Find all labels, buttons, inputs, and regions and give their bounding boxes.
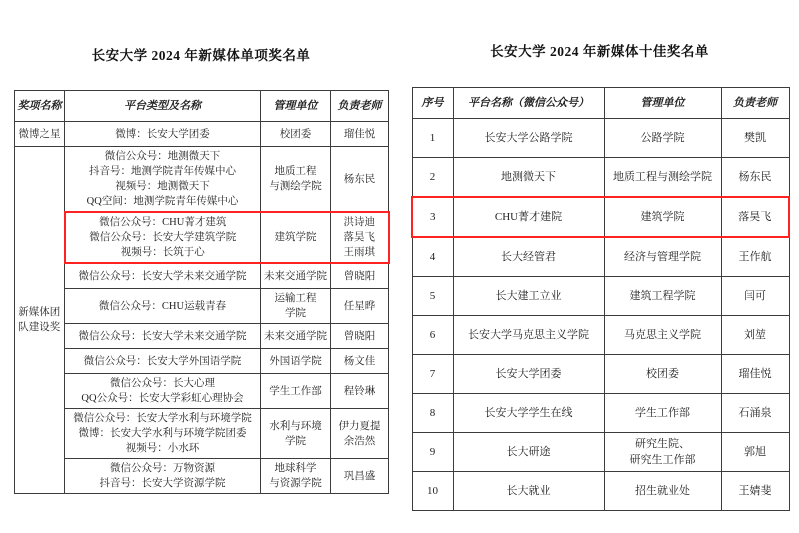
column-header-no: 序号 <box>412 88 453 119</box>
cell-unit: 运输工程 学院 <box>261 289 331 324</box>
cell-award-name: 新媒体团队建设奖 <box>15 147 65 494</box>
cell-teacher: 巩昌盛 <box>331 459 389 494</box>
cell-teacher: 杨文佳 <box>331 349 389 374</box>
table-header-row: 奖项名称 平台类型及名称 管理单位 负责老师 <box>15 91 389 122</box>
cell-row-number: 6 <box>412 316 453 355</box>
cell-teacher: 伊力夏提 余浩然 <box>331 409 389 459</box>
column-header-unit: 管理单位 <box>604 88 721 119</box>
table-row: 微信公众号：长安大学未来交通学院未来交通学院曾晓阳 <box>15 324 389 349</box>
cell-row-number: 9 <box>412 433 453 472</box>
cell-unit: 地质工程与测绘学院 <box>604 158 721 198</box>
table-header-row: 序号 平台名称（微信公众号） 管理单位 负责老师 <box>412 88 789 119</box>
column-header-platform: 平台名称（微信公众号） <box>453 88 604 119</box>
cell-teacher: 郭旭 <box>721 433 789 472</box>
table-row: 10长大就业招生就业处王婧斐 <box>412 472 789 511</box>
column-header-award: 奖项名称 <box>15 91 65 122</box>
cell-unit: 招生就业处 <box>604 472 721 511</box>
cell-unit: 建筑工程学院 <box>604 277 721 316</box>
table-row: 7长安大学团委校团委瑠佳悦 <box>412 355 789 394</box>
cell-platform: 微信公众号：地测微天下 抖音号：地测学院青年传媒中心 视频号：地测微天下 QQ空… <box>65 147 261 213</box>
cell-row-number: 7 <box>412 355 453 394</box>
cell-platform: 微博：长安大学团委 <box>65 122 261 147</box>
cell-platform: 长安大学团委 <box>453 355 604 394</box>
cell-unit: 建筑学院 <box>604 197 721 237</box>
right-page-title: 长安大学 2024 年新媒体十佳奖名单 <box>411 40 788 60</box>
table-row: 6长安大学马克思主义学院马克思主义学院刘堃 <box>412 316 789 355</box>
cell-unit: 公路学院 <box>604 119 721 158</box>
cell-teacher: 任星晔 <box>331 289 389 324</box>
top-ten-award-table: 序号 平台名称（微信公众号） 管理单位 负责老师 1长安大学公路学院公路学院樊凯… <box>411 87 790 511</box>
cell-unit: 经济与管理学院 <box>604 237 721 277</box>
cell-platform: 长大就业 <box>453 472 604 511</box>
cell-platform: 长大建工立业 <box>453 277 604 316</box>
cell-platform: 微信公众号：长安大学未来交通学院 <box>65 263 261 289</box>
cell-row-number: 10 <box>412 472 453 511</box>
table-row: 3CHU菁才建院建筑学院落昊飞 <box>412 197 789 237</box>
table-row: 8长安大学学生在线学生工作部石涌泉 <box>412 394 789 433</box>
table-row: 微博之星微博：长安大学团委校团委瑠佳悦 <box>15 122 389 147</box>
column-header-teacher: 负责老师 <box>721 88 789 119</box>
cell-teacher: 洪诗迪 落昊飞 王雨琪 <box>331 212 389 263</box>
cell-row-number: 3 <box>412 197 453 237</box>
cell-platform: 微信公众号：CHU菁才建筑 微信公众号：长安大学建筑学院 视频号：长筑于心 <box>65 212 261 263</box>
table-row: 微信公众号：长安大学未来交通学院未来交通学院曾晓阳 <box>15 263 389 289</box>
left-page-title: 长安大学 2024 年新媒体单项奖名单 <box>14 44 388 64</box>
cell-unit: 地球科学 与资源学院 <box>261 459 331 494</box>
column-header-platform: 平台类型及名称 <box>65 91 261 122</box>
table-row: 2地测微天下地质工程与测绘学院杨东民 <box>412 158 789 198</box>
cell-unit: 学生工作部 <box>261 374 331 409</box>
cell-award-name: 微博之星 <box>15 122 65 147</box>
cell-platform: 微信公众号：长大心理 QQ公众号：长安大学彩虹心理协会 <box>65 374 261 409</box>
table-row: 微信公众号：万物资源 抖音号：长安大学资源学院地球科学 与资源学院巩昌盛 <box>15 459 389 494</box>
cell-unit: 建筑学院 <box>261 212 331 263</box>
cell-platform: 微信公众号：长安大学未来交通学院 <box>65 324 261 349</box>
cell-unit: 研究生院、 研究生工作部 <box>604 433 721 472</box>
single-award-table: 奖项名称 平台类型及名称 管理单位 负责老师 微博之星微博：长安大学团委校团委瑠… <box>14 90 390 494</box>
column-header-unit: 管理单位 <box>261 91 331 122</box>
cell-platform: 微信公众号：CHU运载青春 <box>65 289 261 324</box>
table-row: 微信公众号：长大心理 QQ公众号：长安大学彩虹心理协会学生工作部程铃琳 <box>15 374 389 409</box>
cell-teacher: 瑠佳悦 <box>331 122 389 147</box>
cell-teacher: 刘堃 <box>721 316 789 355</box>
table-row: 微信公众号：CHU菁才建筑 微信公众号：长安大学建筑学院 视频号：长筑于心建筑学… <box>15 212 389 263</box>
cell-platform: 长大经管君 <box>453 237 604 277</box>
cell-unit: 马克思主义学院 <box>604 316 721 355</box>
table-row: 新媒体团队建设奖微信公众号：地测微天下 抖音号：地测学院青年传媒中心 视频号：地… <box>15 147 389 213</box>
table-row: 9长大研途研究生院、 研究生工作部郭旭 <box>412 433 789 472</box>
table-row: 微信公众号：CHU运载青春运输工程 学院任星晔 <box>15 289 389 324</box>
cell-teacher: 曾晓阳 <box>331 263 389 289</box>
cell-teacher: 落昊飞 <box>721 197 789 237</box>
cell-teacher: 瑠佳悦 <box>721 355 789 394</box>
cell-teacher: 程铃琳 <box>331 374 389 409</box>
cell-platform: 长安大学学生在线 <box>453 394 604 433</box>
cell-platform: 长大研途 <box>453 433 604 472</box>
cell-row-number: 4 <box>412 237 453 277</box>
left-award-page: 长安大学 2024 年新媒体单项奖名单 奖项名称 平台类型及名称 管理单位 负责… <box>14 44 388 494</box>
cell-platform: 微信公众号：长安大学外国语学院 <box>65 349 261 374</box>
cell-teacher: 王婧斐 <box>721 472 789 511</box>
cell-unit: 地质工程 与测绘学院 <box>261 147 331 213</box>
cell-teacher: 樊凯 <box>721 119 789 158</box>
cell-unit: 未来交通学院 <box>261 263 331 289</box>
cell-unit: 学生工作部 <box>604 394 721 433</box>
table-row: 5长大建工立业建筑工程学院闫可 <box>412 277 789 316</box>
cell-platform: CHU菁才建院 <box>453 197 604 237</box>
cell-unit: 水利与环境 学院 <box>261 409 331 459</box>
table-row: 1长安大学公路学院公路学院樊凯 <box>412 119 789 158</box>
cell-row-number: 8 <box>412 394 453 433</box>
table-row: 4长大经管君经济与管理学院王作航 <box>412 237 789 277</box>
table-row: 微信公众号：长安大学外国语学院外国语学院杨文佳 <box>15 349 389 374</box>
cell-unit: 外国语学院 <box>261 349 331 374</box>
cell-unit: 未来交通学院 <box>261 324 331 349</box>
cell-platform: 地测微天下 <box>453 158 604 198</box>
cell-teacher: 王作航 <box>721 237 789 277</box>
right-award-page: 长安大学 2024 年新媒体十佳奖名单 序号 平台名称（微信公众号） 管理单位 … <box>411 40 788 511</box>
cell-platform: 微信公众号：万物资源 抖音号：长安大学资源学院 <box>65 459 261 494</box>
cell-teacher: 杨东民 <box>331 147 389 213</box>
cell-row-number: 5 <box>412 277 453 316</box>
cell-row-number: 1 <box>412 119 453 158</box>
cell-teacher: 石涌泉 <box>721 394 789 433</box>
column-header-teacher: 负责老师 <box>331 91 389 122</box>
cell-unit: 校团委 <box>261 122 331 147</box>
cell-teacher: 曾晓阳 <box>331 324 389 349</box>
table-row: 微信公众号：长安大学水利与环境学院 微博：长安大学水利与环境学院团委 视频号：小… <box>15 409 389 459</box>
cell-teacher: 闫可 <box>721 277 789 316</box>
cell-platform: 微信公众号：长安大学水利与环境学院 微博：长安大学水利与环境学院团委 视频号：小… <box>65 409 261 459</box>
cell-teacher: 杨东民 <box>721 158 789 198</box>
cell-unit: 校团委 <box>604 355 721 394</box>
cell-row-number: 2 <box>412 158 453 198</box>
cell-platform: 长安大学马克思主义学院 <box>453 316 604 355</box>
cell-platform: 长安大学公路学院 <box>453 119 604 158</box>
